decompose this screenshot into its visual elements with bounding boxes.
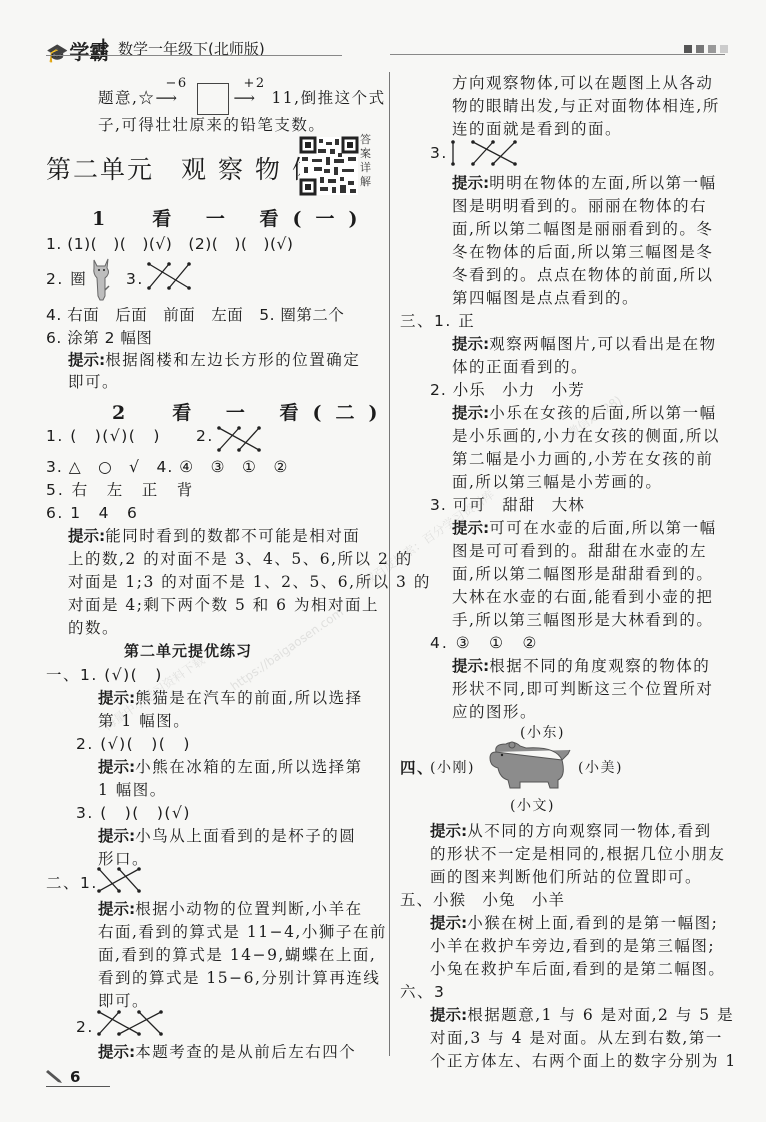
l1-q6: 6. 涂第 2 幅图 <box>46 327 152 349</box>
s3-q2-hint-3: 第二幅是小力画的,小芳在女孩的前 <box>452 448 713 470</box>
graduation-cap-icon: 🎓 <box>46 43 68 64</box>
continuation-line-1: 题意,☆−6⟶+2⟶11,倒推这个式 <box>98 83 386 115</box>
decor-square <box>720 45 728 53</box>
s3-q3-hint-5: 手,所以第三幅图形是大林看到的。 <box>452 609 713 631</box>
s5-hint-2: 小羊在救护车旁边,看到的是第三幅图; <box>430 935 715 957</box>
s4-hint-2: 的形状不一定是相同的,根据几位小朋友 <box>430 843 725 865</box>
s3-q4-hint-2: 形状不同,即可判断这三个位置所对 <box>452 678 713 700</box>
hint-text: 根据阁楼和左边长方形的位置确定 <box>105 351 360 369</box>
p2-q1-hint-1: 提示:根据小动物的位置判断,小羊在 <box>98 898 363 920</box>
p1-q1: 一、1. (√)( ) <box>46 664 163 686</box>
p2-q1-hint-4: 看到的算式是 15−6,分别计算再连线 <box>98 967 380 989</box>
l2-q1: 1. ( )(√)( ) <box>46 425 161 447</box>
r-q3-hint-6: 第四幅图是点点看到的。 <box>452 287 639 309</box>
s3-q3-hint-3: 面,所以第二幅图形是甜甜看到的。 <box>452 563 713 585</box>
hint-label: 提示: <box>98 1043 135 1061</box>
l1-q4-q5: 4. 右面 后面 前面 左面 5. 圈第二个 <box>46 304 344 326</box>
hint-label: 提示: <box>98 758 135 776</box>
l2-q2: 2. <box>196 425 214 447</box>
hint-label: 提示: <box>430 1006 467 1024</box>
p2-q2: 2. <box>76 1016 94 1038</box>
s3-q3-hint-1: 提示:可可在水壶的后面,所以第一幅 <box>452 517 717 539</box>
l2-hint-line-1: 提示:能同时看到的数都不可能是相对面 <box>68 525 360 547</box>
l1-q1: 1. (1)( )( )(√) (2)( )( )(√) <box>46 233 293 255</box>
l2-hint-line-2: 上的数,2 的对面不是 3、4、5、6,所以 2 的 <box>68 548 413 570</box>
goat-figure-icon <box>90 256 112 302</box>
s6-hint-2: 对面,3 与 4 是对面。从左到右数,第一 <box>430 1027 723 1049</box>
label-xiaomei: (小美) <box>578 757 623 779</box>
hint-label: 提示: <box>452 404 489 422</box>
s5: 五、小猴 小兔 小羊 <box>400 889 565 911</box>
p2-q1-hint-2: 右面,看到的算式是 11−4,小狮子在前 <box>98 921 387 943</box>
hint-label: 提示: <box>452 335 489 353</box>
s6-hint-1: 提示:根据题意,1 与 6 是对面,2 与 5 是 <box>430 1004 734 1026</box>
matching-lines-l1q3 <box>147 262 191 290</box>
hippo-illustration-icon <box>486 738 572 790</box>
header-separator: | <box>100 36 107 57</box>
s3-q3-hint-2: 图是可可看到的。甜甜在水壶的左 <box>452 540 707 562</box>
page-number: 6 <box>70 1068 80 1086</box>
hint-text: 小熊在冰箱的左面,所以选择第 <box>135 758 362 776</box>
pencil-icon <box>46 1068 64 1084</box>
header-rule-right <box>390 54 725 55</box>
p2-q2-hint-1: 提示:本题考查的是从前后左右四个 <box>98 1041 356 1063</box>
footer-rule <box>46 1086 110 1087</box>
hint-text: 根据小动物的位置判断,小羊在 <box>135 900 362 918</box>
header-rule-left <box>46 55 342 56</box>
lesson-2-title: 2 看 一 看(二) <box>112 398 391 425</box>
qr-label: 答案详解 <box>360 133 374 189</box>
label-xiaowen: (小文) <box>510 795 555 817</box>
matching-lines-l2q2 <box>217 426 261 452</box>
r-q3-hint-3: 面,所以第二幅图是丽丽看到的。冬 <box>452 218 713 240</box>
s3-q4-hint-1: 提示:根据不同的角度观察的物体的 <box>452 655 710 677</box>
l2-hint-line-5: 的数。 <box>68 617 119 639</box>
qr-code-icon[interactable] <box>300 137 358 195</box>
header-decor-squares <box>684 45 728 53</box>
text: 11,倒推这个式 <box>271 89 385 107</box>
decor-square <box>708 45 716 53</box>
r-q3-hint-1: 提示:明明在物体的左面,所以第一幅 <box>452 172 717 194</box>
s5-hint-3: 小兔在救护车后面,看到的是第二幅图。 <box>430 958 725 980</box>
s4-hint-3: 画的图来判断他们所站的位置即可。 <box>430 866 702 888</box>
hint-label: 提示: <box>452 657 489 675</box>
l1-q2: 2. 圈 <box>46 268 87 290</box>
hint-text: 小鸟从上面看到的是杯子的圆 <box>135 827 356 845</box>
s3-q2: 2. 小乐 小力 小芳 <box>430 379 585 401</box>
hint-label: 提示: <box>452 174 489 192</box>
hint-label: 提示: <box>98 900 135 918</box>
p1-q2-hint-2: 1 幅图。 <box>98 779 167 801</box>
matching-lines-p2q1 <box>97 867 141 893</box>
hint-label: 提示: <box>430 914 467 932</box>
matching-lines-p2q2 <box>97 1010 163 1036</box>
hint-text: 观察两幅图片,可以看出是在物 <box>489 335 716 353</box>
hint-text: 明明在物体的左面,所以第一幅 <box>489 174 716 192</box>
l1-hint-line-2: 即可。 <box>68 371 119 393</box>
text: 题意,☆ <box>98 89 155 107</box>
hint-text: 根据题意,1 与 6 是对面,2 与 5 是 <box>467 1006 734 1024</box>
r-cont-line-2: 物的眼睛出发,与正对面物体相连,所 <box>452 95 720 117</box>
p1-q3-hint-1: 提示:小鸟从上面看到的是杯子的圆 <box>98 825 356 847</box>
r-q3-hint-5: 冬看到的。点点在物体的前面,所以 <box>452 264 713 286</box>
blank-box <box>197 83 229 115</box>
r-q3-hint-2: 图是明明看到的。丽丽在物体的右 <box>452 195 707 217</box>
decor-square <box>684 45 692 53</box>
decor-square <box>696 45 704 53</box>
p1-q2-hint-1: 提示:小熊在冰箱的左面,所以选择第 <box>98 756 363 778</box>
unit-title: 第二单元 观 察 物 体 <box>46 150 319 186</box>
arrow-label: −6 <box>165 73 187 95</box>
s6: 六、3 <box>400 981 445 1003</box>
hint-text: 能同时看到的数都不可能是相对面 <box>105 527 360 545</box>
matching-lines-r-q3 <box>451 140 517 166</box>
s3-q4: 4. ③ ① ② <box>430 632 538 654</box>
p2-q1: 二、1. <box>46 872 98 894</box>
r-cont-line-1: 方向观察物体,可以在题图上从各动 <box>452 72 713 94</box>
l2-q6: 6. 1 4 6 <box>46 502 138 524</box>
lesson-1-title: 1 看 一 看(一) <box>92 204 371 231</box>
l2-q3-q4: 3. △ ○ √ 4. ④ ③ ① ② <box>46 456 288 478</box>
s6-hint-3: 个正方体左、右两个面上的数字分别为 1 <box>430 1050 737 1072</box>
arrow-label: +2 <box>243 73 265 95</box>
r-q3: 3. <box>430 142 448 164</box>
s3-q1-hint-1: 提示:观察两幅图片,可以看出是在物 <box>452 333 717 355</box>
s4-hint-1: 提示:从不同的方向观察同一物体,看到 <box>430 820 712 842</box>
hint-label: 提示: <box>68 351 105 369</box>
hint-text: 本题考查的是从前后左右四个 <box>135 1043 356 1061</box>
s5-hint-1: 提示:小猴在树上面,看到的是第一幅图; <box>430 912 718 934</box>
hint-label: 提示: <box>430 822 467 840</box>
continuation-line-2: 子,可得壮壮原来的铅笔支数。 <box>98 114 325 136</box>
hint-text: 根据不同的角度观察的物体的 <box>489 657 710 675</box>
hint-label: 提示: <box>98 827 135 845</box>
arrow-plus2: +2⟶ <box>233 87 271 109</box>
r-q3-hint-4: 冬在物体的后面,所以第三幅图是冬 <box>452 241 713 263</box>
l1-hint-line-1: 提示:根据阁楼和左边长方形的位置确定 <box>68 349 360 371</box>
hint-text: 小猴在树上面,看到的是第一幅图; <box>467 914 718 932</box>
hint-label: 提示: <box>68 527 105 545</box>
arrow-minus6: −6⟶ <box>155 87 193 109</box>
p1-q3: 3. ( )( )(√) <box>76 802 191 824</box>
hint-text: 从不同的方向观察同一物体,看到 <box>467 822 711 840</box>
p2-q1-hint-3: 面,看到的算式是 14−9,蝴蝶在上面, <box>98 944 376 966</box>
s4-prefix: 四、 <box>400 757 434 779</box>
l2-q5: 5. 右 左 正 背 <box>46 479 194 501</box>
hint-text: 可可在水壶的后面,所以第一幅 <box>489 519 716 537</box>
r-cont-line-3: 连的面就是看到的面。 <box>452 118 622 140</box>
s3-q1: 三、1. 正 <box>400 310 475 332</box>
s3-q3-hint-4: 大林在水壶的右面,能看到小壶的把 <box>452 586 713 608</box>
s3-q4-hint-3: 应的图形。 <box>452 701 537 723</box>
s3-q1-hint-2: 体的正面看到的。 <box>452 356 588 378</box>
label-xiaogang: (小刚) <box>430 757 475 779</box>
l1-q3: 3. <box>126 268 144 290</box>
p2-q1-hint-5: 即可。 <box>98 990 149 1012</box>
p1-q2: 2. (√)( )( ) <box>76 733 191 755</box>
